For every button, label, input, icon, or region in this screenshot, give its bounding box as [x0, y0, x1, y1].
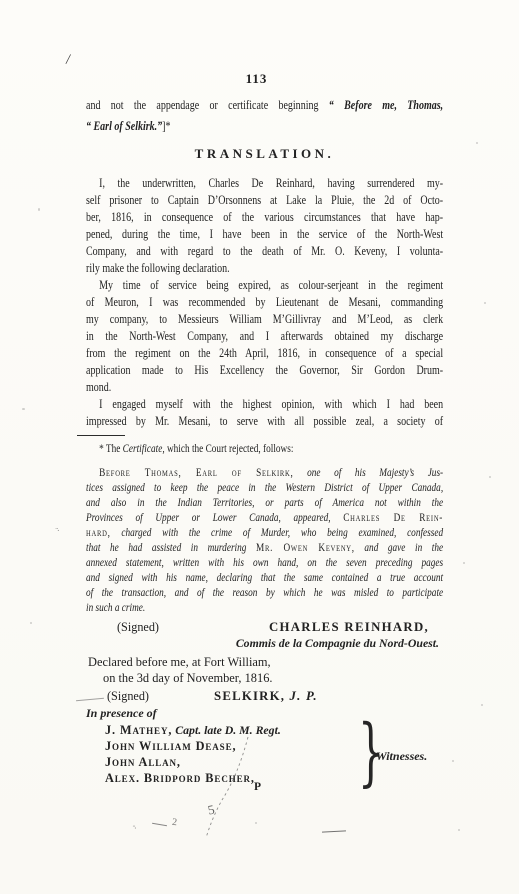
text-line: hard, charged with the crime of Murder, … [86, 526, 443, 541]
scan-speck [255, 822, 257, 824]
signature-row-reinhard: (Signed) CHARLES REINHARD, [86, 619, 443, 635]
text-line: and signed with his name, declaring that… [86, 571, 443, 586]
text-line: “ Earl of Selkirk.”]* [86, 116, 443, 137]
pencil-mark: 2 [171, 817, 177, 828]
text-line: application made to His Excellency the G… [86, 362, 443, 379]
text-line: tices assigned to keep the peace in the … [86, 481, 443, 496]
text-line: from the regiment on the 24th April, 181… [86, 345, 443, 362]
text-line: ber, 1816, in consequence of the various… [86, 209, 443, 226]
declaration-paragraph-1: I, the underwritten, Charles De Reinhard… [86, 175, 443, 277]
magistrate-suffix: J. P. [285, 689, 318, 703]
declaration-paragraph-2: My time of service being expired, as col… [86, 277, 443, 396]
footnote-separator [77, 435, 125, 436]
footnote-text: that he had assisted in murdering [86, 542, 256, 554]
text-block: 113 and not the appendage or certificate… [86, 0, 443, 786]
text-line: that he had assisted in murdering Mr. Ow… [86, 541, 443, 556]
scan-speck [22, 408, 25, 410]
scan-speck [30, 622, 32, 624]
attestation-line: on the 3d day of November, 1816. [86, 670, 443, 686]
scan-speck [458, 829, 460, 831]
signed-label: (Signed) [117, 619, 159, 635]
witness-name: J. Mathey, [105, 723, 172, 737]
text-line: in the North-West Company, and I afterwa… [86, 328, 443, 345]
smallcaps-name: Charles De Rein- [343, 512, 443, 524]
text-line: Company, and with regard to the death of… [86, 243, 443, 260]
text-line: Provinces of Upper or Lower Canada, appe… [86, 511, 443, 526]
footnote-text: Provinces of Upper or Lower Canada, appe… [86, 512, 343, 524]
smallcaps-name: Mr. Owen Keveny, [256, 542, 355, 554]
scan-speck [476, 142, 478, 144]
scan-speck [489, 476, 491, 478]
magistrate-surname: SELKIRK, [214, 689, 285, 703]
footnote-text: one of his Majesty’s Jus- [294, 467, 444, 479]
text-line: self prisoner to Captain D’Orsonnens at … [86, 192, 443, 209]
witness-name: John William Dease, [105, 739, 236, 753]
footnote-intro-italic: Certificate, [123, 443, 165, 455]
text-line: and also in the Indian Territories, or p… [86, 496, 443, 511]
text-line: I engaged myself with the highest opinio… [86, 396, 443, 413]
footnote-text: and gave in the [355, 542, 443, 554]
carryover-emphasis: “ Before me, Thomas, [329, 98, 443, 112]
scan-speck [481, 704, 483, 706]
footnote-certificate: Before Thomas, Earl of Selkirk, one of h… [86, 466, 443, 616]
text-line: * The Certificate, which the Court rejec… [86, 442, 443, 457]
stray-mark: / [65, 52, 71, 69]
page-number: 113 [78, 71, 435, 86]
declaration-paragraph-3: I engaged myself with the highest opinio… [86, 396, 443, 430]
witnesses-label: Witnesses. [376, 749, 427, 764]
footnote-intro-pre: * The [99, 443, 123, 455]
ink-smudge: ̈· [134, 824, 137, 833]
attestation-line: Declared before me, at Fort William, [86, 654, 443, 670]
text-line: and not the appendage or certificate beg… [86, 95, 443, 116]
section-heading: TRANSLATION. [86, 146, 443, 162]
scan-speck [433, 103, 435, 105]
ink-smudge: ̈· [57, 526, 61, 535]
text-line: I, the underwritten, Charles De Reinhard… [86, 175, 443, 192]
signed-label: (Signed) [107, 688, 149, 704]
presence-label: In presence of [86, 706, 443, 721]
scan-speck [484, 302, 486, 304]
text-line: of Meuron, I was recommended by Lieutena… [86, 294, 443, 311]
text-line: my company, to Messieurs William M’Gilli… [86, 311, 443, 328]
ink-smudge [322, 830, 346, 833]
scan-speck [452, 760, 454, 762]
ink-smudge [152, 823, 167, 827]
footnote-intro-post: which the Court rejected, follows: [165, 443, 294, 455]
witness-list: J. Mathey, Capt. late D. M. Regt. John W… [86, 722, 443, 786]
text-line: impressed by Mr. Mesani, to serve with a… [86, 413, 443, 430]
text-line: in such a crime. [86, 601, 443, 616]
smallcaps-name: hard, [86, 527, 111, 539]
footnote-intro: * The Certificate, which the Court rejec… [86, 442, 443, 457]
printer-signature-mark: P [254, 781, 261, 793]
text-line: rily make the following declaration. [86, 260, 443, 277]
scan-speck [463, 562, 465, 564]
signature-row-selkirk: (Signed) SELKIRK, J. P. [86, 688, 443, 704]
witness-title: Capt. late D. M. Regt. [172, 723, 280, 737]
witness-item: J. Mathey, Capt. late D. M. Regt. [86, 722, 443, 738]
scanned-book-page: 113 and not the appendage or certificate… [0, 0, 519, 894]
text-line: pened, during the time, I have been in t… [86, 226, 443, 243]
smallcaps-name: Before Thomas, Earl of Selkirk, [99, 467, 293, 479]
witness-item: Alex. Bridpord Becher, [86, 770, 443, 786]
text-line: Before Thomas, Earl of Selkirk, one of h… [86, 466, 443, 481]
pencil-mark: 5 [206, 801, 216, 818]
magistrate-name: SELKIRK, J. P. [214, 688, 318, 704]
carryover-paragraph: and not the appendage or certificate beg… [86, 95, 443, 137]
footnote-marker: ]* [162, 119, 170, 133]
witness-name: Alex. Bridpord Becher, [105, 771, 255, 785]
scan-speck [38, 208, 40, 211]
carryover-regular: and not the appendage or certificate beg… [86, 98, 329, 112]
text-line: of the transaction, and of the reason by… [86, 586, 443, 601]
text-line: My time of service being expired, as col… [86, 277, 443, 294]
footnote-text: charged with the crime of Murder, who be… [111, 527, 444, 539]
carryover-emphasis: “ Earl of Selkirk.” [86, 119, 162, 133]
text-line: mond. [86, 379, 443, 396]
witness-name: John Allan, [105, 755, 181, 769]
signatory-name: CHARLES REINHARD, [269, 619, 429, 635]
signatory-title: Commis de la Compagnie du Nord-Ouest. [86, 635, 443, 651]
text-line: annexed statement, written with his own … [86, 556, 443, 571]
